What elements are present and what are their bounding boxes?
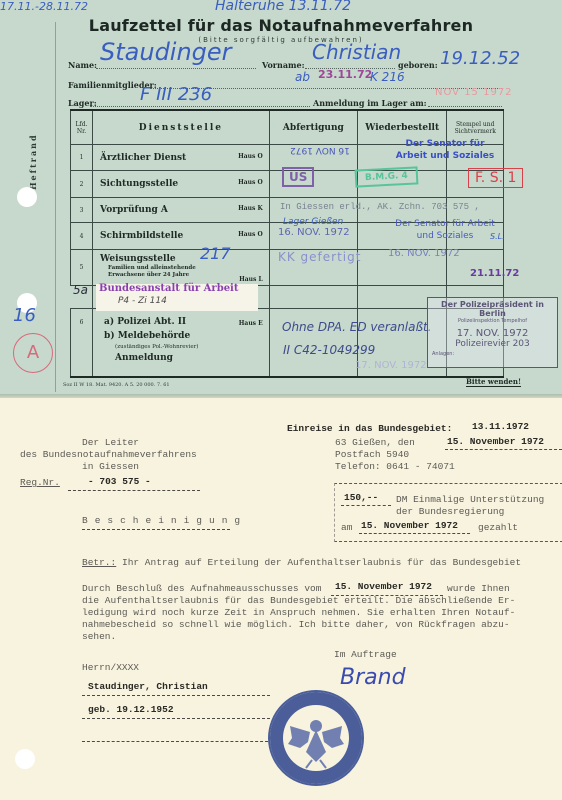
familien-note-ab: ab [295, 70, 310, 84]
row-dienststelle: SchirmbildstelleHaus O [93, 223, 270, 250]
col-header-dienststelle: Dienststelle [93, 110, 270, 145]
circled-a-mark: A [13, 333, 53, 373]
recipient-label: Herrn/XXXX [82, 662, 139, 673]
stamp-row1-date: 16 NOV 1972 [290, 145, 350, 155]
row-dienststelle: a) Polizei Abt. II b) Meldebehörde (zust… [93, 309, 270, 377]
binding-margin-line [55, 22, 56, 392]
vorname-value: Christian [312, 40, 401, 64]
stamp-senator-1: Der Senator für Arbeit und Soziales [390, 138, 500, 162]
eagle-icon [270, 692, 362, 784]
name-value: Staudinger [100, 38, 232, 66]
stamp-21-11-72: 21.11.72 [470, 268, 519, 279]
stamp-kk-gefertigt: KK gefertigt [278, 250, 361, 264]
body-line4: nahmebescheid so schnell wie möglich. Ic… [82, 619, 510, 630]
typed-vorpruefung: In Giessen erld., AK. Zchn. 703 575 , [280, 202, 480, 212]
row-nr: 6 [71, 309, 93, 377]
recipient-born-underline [82, 718, 270, 719]
einreise-date: 13.11.1972 [472, 421, 529, 432]
row-nr: 2 [71, 171, 93, 198]
haus-label: Haus O [238, 179, 263, 186]
vorname-label: Vorname: [262, 60, 305, 70]
anmeldung-line [428, 106, 502, 107]
geboren-value: 19.12.52 [440, 48, 520, 69]
anmeldung-stamp: NOV 15 1972 [435, 87, 513, 98]
letter-heading: Bescheinigung [82, 515, 247, 526]
handwritten-217: 217 [200, 244, 231, 263]
handwritten-lager-giessen: Lager Gießen [283, 217, 343, 227]
stamp-fs1: F. S. 1 [468, 168, 523, 188]
stamp-senator-2: Der Senator für Arbeit und Soziales [390, 218, 500, 242]
bundesanstalt-stamp: Bundesanstalt für Arbeit [99, 283, 238, 294]
dienststelle-name: Weisungsstelle [100, 254, 269, 264]
row-nr: 4 [71, 223, 93, 250]
faded-stamp-date: 17. NOV. 1972 [355, 360, 427, 371]
anmeldung-label: Anmeldung im Lager am: [313, 98, 427, 108]
handwritten-aktenzeichen: II C42-1049299 [283, 343, 375, 357]
dienststelle-name: Ärztlicher Dienst [100, 153, 186, 163]
body-line1-date: 15. November 1972 [335, 581, 432, 592]
sender-line1: Der Leiter [82, 437, 139, 448]
name-line [96, 68, 256, 69]
recipient-name: Staudinger, Christian [88, 681, 208, 692]
signature: Brand [340, 665, 406, 690]
row-dienststelle: Weisungsstelle Familien und alleinstehen… [93, 250, 270, 286]
payment-gezahlt: gezahlt [478, 522, 518, 533]
payment-text-1: DM Einmalige Unterstützung [396, 494, 544, 505]
heftrand-label: Heftrand [28, 133, 38, 190]
recipient-empty-underline [82, 741, 268, 742]
payment-date: 15. November 1972 [361, 520, 458, 531]
row-dienststelle: Vorprüfung AHaus K [93, 198, 270, 223]
payment-amount-underline [341, 505, 391, 506]
familien-note-k: K 216 [370, 70, 405, 84]
dienststelle-name: Schirmbildstelle [100, 231, 183, 241]
police-stamp-anlagen: Anlagen: [428, 351, 557, 357]
haus-label: Haus K [238, 205, 263, 212]
dienststelle-sub: Familien und alleinstehende Erwachsene ü… [100, 265, 208, 279]
police-stamp: Der Polizeipräsident in Berlin Polizeiin… [427, 297, 558, 368]
name-label: Name: [68, 60, 97, 70]
place-date-underline [445, 449, 562, 450]
recipient-born: geb. 19.12.1952 [88, 704, 174, 715]
punch-hole [15, 749, 35, 769]
row-dienststelle: SichtungsstelleHaus O [93, 171, 270, 198]
haus-label: Haus L [239, 276, 263, 283]
dienststelle-name-b: b) Meldebehörde [100, 329, 269, 343]
body-line1b: wurde Ihnen [447, 583, 510, 594]
lager-value: F III 236 [140, 84, 212, 105]
police-stamp-line2: Polizeiinspektion Tempelhof [428, 318, 557, 324]
police-stamp-line1: Der Polizeipräsident in Berlin [428, 300, 557, 318]
body-line5: sehen. [82, 631, 116, 642]
row-nr: 5 [71, 250, 93, 286]
stamp-bmg: B.M.G. 4 [355, 166, 419, 187]
police-stamp-date: 17. NOV. 1972 [428, 328, 557, 339]
row-nr: 3 [71, 198, 93, 223]
geboren-label: geboren: [398, 60, 438, 70]
row-nr: 1 [71, 145, 93, 171]
dienststelle-name-c: Anmeldung [100, 351, 269, 365]
payment-text-2: der Bundesregierung [396, 506, 504, 517]
handwritten-initials-sl: S.L. [490, 232, 505, 241]
betr-text: Ihr Antrag auf Erteilung der Aufenthalts… [122, 557, 521, 568]
handwritten-date-range: 17.11.-28.11.72 [0, 0, 88, 13]
body-line2: die Aufenthaltserlaubnis für das Bundesg… [82, 595, 515, 606]
payment-amount: 150,-- [344, 492, 378, 503]
dienststelle-name: Vorprüfung A [100, 205, 168, 215]
payment-date-underline [359, 533, 470, 534]
place-date: 15. November 1972 [447, 436, 544, 447]
stamp-row4-date: 16. NOV. 1972 [278, 227, 350, 238]
handwritten-5a: 5a [73, 283, 88, 297]
sender-line2: des Bundesnotaufnahmeverfahrens [20, 449, 197, 460]
punch-hole [17, 187, 37, 207]
telefon: Telefon: 0641 - 74071 [335, 461, 455, 472]
einreise-label: Einreise in das Bundesgebiet: [287, 423, 452, 434]
reg-nr-value: - 703 575 - [88, 476, 151, 487]
dienststelle-name: Sichtungsstelle [100, 179, 178, 189]
haus-label: Haus E [239, 317, 263, 331]
row-abfertigung [269, 286, 357, 309]
familien-stamp-date: 23.11.72 [318, 68, 372, 81]
payment-am-label: am [341, 522, 352, 533]
letter-heading-underline [82, 529, 230, 530]
body-line1a: Durch Beschluß des Aufnahmeausschusses v… [82, 583, 321, 594]
betr-label: Betr.: [82, 557, 116, 568]
col-header-abfertigung: Abfertigung [269, 110, 357, 145]
dienststelle-sub: (zuständiges Pol.-Wohnrevier) [100, 343, 269, 351]
reg-nr-label: Reg.Nr. [20, 477, 60, 488]
handwritten-note-top: Halteruhe 13.11.72 [215, 0, 351, 14]
handwritten-room-note: P4 - Zi 114 [118, 296, 167, 306]
row-dienststelle: Ärztlicher DienstHaus O [93, 145, 270, 171]
official-seal [268, 690, 364, 786]
margin-note-16: 16 [13, 305, 36, 326]
body-line3: ledigung wird noch kurze Zeit in Anspruc… [82, 607, 515, 618]
place-line: 63 Gießen, den [335, 437, 415, 448]
form-title: Laufzettel für das Notaufnahmeverfahren [0, 16, 562, 35]
stamp-us: US [282, 167, 314, 187]
haus-label: Haus O [238, 231, 263, 238]
bitte-wenden: Bitte wenden! [466, 377, 521, 387]
form-footer-code: Soz II W 18. Mat. 9420. A 5. 20 000. 7. … [63, 382, 170, 388]
form-subtitle: (Bitte sorgfältig aufbewahren) [0, 36, 562, 44]
handwritten-ohne-dpa: Ohne DPA. ED veranlaßt. [282, 320, 432, 334]
col-header-nr: Lfd. Nr. [71, 110, 93, 145]
im-auftrage: Im Auftrage [334, 649, 397, 660]
sender-line3: in Giessen [82, 461, 139, 472]
recipient-name-underline [82, 695, 270, 696]
stamp-row5-date: 16. NOV. 1972 [388, 248, 460, 259]
police-stamp-line3: Polizeirevier 203 [428, 339, 557, 349]
lager-line [90, 106, 310, 107]
reg-nr-underline [68, 490, 200, 491]
postfach: Postfach 5940 [335, 449, 409, 460]
haus-label: Haus O [238, 153, 263, 160]
